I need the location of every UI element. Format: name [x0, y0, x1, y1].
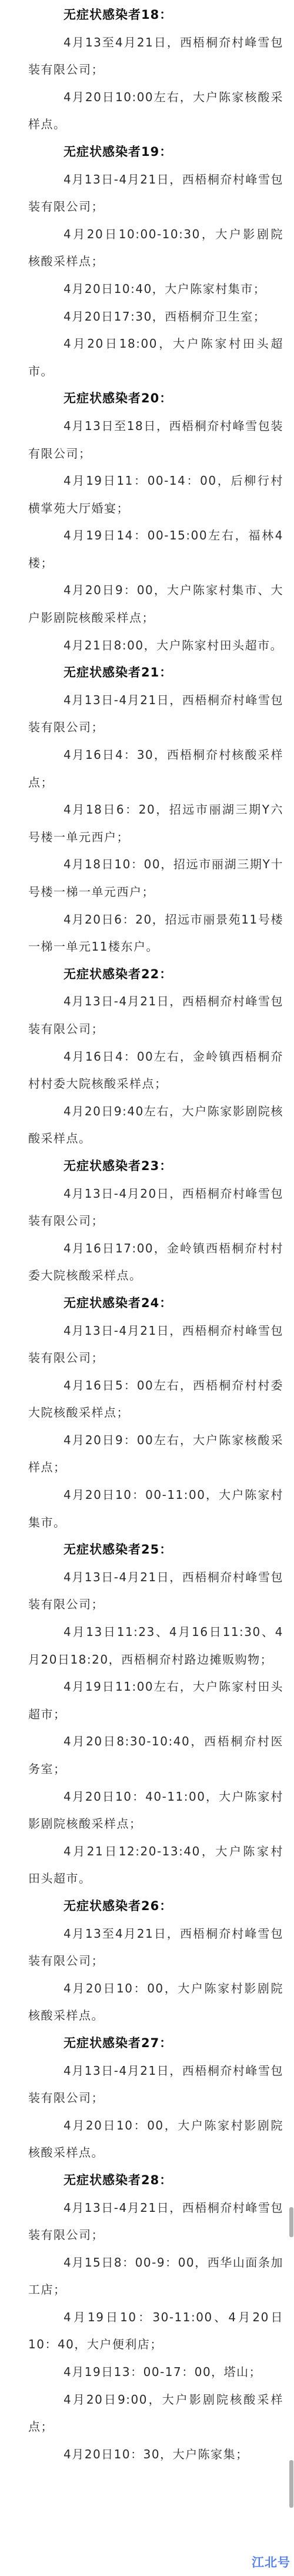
case-section: 无症状感染者24：4月13日-4月21日，西梧桐夼村峰雪包装有限公司；4月16日…: [28, 1289, 283, 1536]
trajectory-paragraph: 4月20日10：40-11:00，大户陈家村影剧院核酸采样点；: [28, 1783, 283, 1838]
trajectory-paragraph: 4月16日4：00左右，金岭镇西梧桐夼村村委大院核酸采样点；: [28, 1043, 283, 1098]
trajectory-paragraph: 4月20日9:00，大户影剧院核酸采样点；: [28, 2386, 283, 2441]
trajectory-paragraph: 4月21日12:20-13:40，大户陈家村田头超市。: [28, 1838, 283, 1892]
case-title: 无症状感染者24：: [28, 1289, 283, 1317]
trajectory-paragraph: 4月20日9：00左右，大户陈家核酸采样点；: [28, 1427, 283, 1481]
trajectory-paragraph: 4月20日10：30，大户陈家集；: [28, 2441, 283, 2468]
trajectory-paragraph: 4月13日-4月20日，西梧桐夼村峰雪包装有限公司；: [28, 1180, 283, 1235]
case-section: 无症状感染者20：4月13日至18日，西梧桐夼村峰雪包装有限公司；4月19日11…: [28, 385, 283, 659]
case-title: 无症状感染者28：: [28, 2167, 283, 2194]
case-title: 无症状感染者21：: [28, 659, 283, 687]
trajectory-paragraph: 4月16日4：30，西梧桐夼村核酸采样点；: [28, 741, 283, 796]
trajectory-paragraph: 4月13至4月21日，西梧桐夼村峰雪包装有限公司；: [28, 29, 283, 84]
article-page: { "page": { "background_color": "#ffffff…: [0, 0, 294, 2576]
case-section: 无症状感染者22：4月13日-4月21日，西梧桐夼村峰雪包装有限公司；4月16日…: [28, 961, 283, 1152]
case-section: 无症状感染者28：4月13日-4月21日，西梧桐夼村峰雪包装有限公司；4月15日…: [28, 2167, 283, 2468]
case-title: 无症状感染者22：: [28, 961, 283, 988]
case-section: 无症状感染者27：4月13日-4月21日，西梧桐夼村峰雪包装有限公司；4月20日…: [28, 2030, 283, 2167]
trajectory-paragraph: 4月19日14：00-15:00左右，福林4楼；: [28, 522, 283, 576]
case-title: 无症状感染者20：: [28, 385, 283, 412]
trajectory-paragraph: 4月19日10：30-11:00、4月20日10：40，大户便利店；: [28, 2304, 283, 2358]
case-trajectory-article: 无症状感染者18：4月13至4月21日，西梧桐夼村峰雪包装有限公司；4月20日1…: [0, 0, 294, 2468]
trajectory-paragraph: 4月20日6：20，招远市丽景苑11号楼一梯一单元11楼东户。: [28, 906, 283, 961]
trajectory-paragraph: 4月13至4月21日，西梧桐夼村峰雪包装有限公司；: [28, 1920, 283, 1975]
case-section: 无症状感染者26：4月13至4月21日，西梧桐夼村峰雪包装有限公司；4月20日1…: [28, 1892, 283, 2030]
scrollbar-thumb-upper[interactable]: [289, 2207, 293, 2237]
trajectory-paragraph: 4月20日10:40，大户陈家村集市；: [28, 275, 283, 303]
trajectory-paragraph: 4月13日-4月21日，西梧桐夼村峰雪包装有限公司；: [28, 2057, 283, 2112]
trajectory-paragraph: 4月20日10：00，大户陈家村影剧院核酸采样点。: [28, 2112, 283, 2167]
trajectory-paragraph: 4月13日-4月21日，西梧桐夼村峰雪包装有限公司；: [28, 1564, 283, 1618]
trajectory-paragraph: 4月19日11：00-14：00，后柳行村横掌苑大厅婚宴；: [28, 467, 283, 522]
trajectory-paragraph: 4月20日10:00左右，大户陈家核酸采样点。: [28, 84, 283, 138]
case-section: 无症状感染者19：4月13日-4月21日，西梧桐夼村峰雪包装有限公司；4月20日…: [28, 138, 283, 385]
trajectory-paragraph: 4月18日6：20，招远市丽湖三期Y六号楼一单元西户；: [28, 796, 283, 851]
trajectory-paragraph: 4月19日11:00左右，大户陈家村田头超市；: [28, 1673, 283, 1728]
case-title: 无症状感染者18：: [28, 1, 283, 29]
trajectory-paragraph: 4月18日10：00，招远市丽湖三期Y十号楼一梯一单元西户；: [28, 851, 283, 905]
trajectory-paragraph: 4月20日10：00，大户陈家村影剧院核酸采样点。: [28, 1975, 283, 2030]
trajectory-paragraph: 4月13日-4月21日，西梧桐夼村峰雪包装有限公司；: [28, 1317, 283, 1372]
jiangbeihao-watermark: 江北号: [252, 2553, 290, 2571]
trajectory-paragraph: 4月20日18:00，大户陈家村田头超市。: [28, 330, 283, 385]
case-section: 无症状感染者21：4月13日-4月21日，西梧桐夼村峰雪包装有限公司；4月16日…: [28, 659, 283, 961]
case-section: 无症状感染者25：4月13日-4月21日，西梧桐夼村峰雪包装有限公司；4月13日…: [28, 1536, 283, 1892]
case-title: 无症状感染者26：: [28, 1892, 283, 1920]
trajectory-paragraph: 4月13日11:23、4月16日11:30、4月20日18:20，西梧桐夼村路边…: [28, 1618, 283, 1673]
case-title: 无症状感染者23：: [28, 1152, 283, 1180]
trajectory-paragraph: 4月19日13：00-17：00，塔山；: [28, 2358, 283, 2386]
case-title: 无症状感染者27：: [28, 2030, 283, 2057]
trajectory-paragraph: 4月20日9:40左右，大户陈家影剧院核酸采样点。: [28, 1098, 283, 1152]
trajectory-paragraph: 4月20日9：00，大户陈家村集市、大户影剧院核酸采样点；: [28, 576, 283, 631]
trajectory-paragraph: 4月21日8:00，大户陈家村田头超市。: [28, 632, 283, 659]
trajectory-paragraph: 4月16日5：00左右，西梧桐夼村村委大院核酸采样点；: [28, 1372, 283, 1427]
trajectory-paragraph: 4月16日17:00，金岭镇西梧桐夼村村委大院核酸采样点。: [28, 1235, 283, 1289]
trajectory-paragraph: 4月20日10:00-10:30，大户影剧院核酸采样点；: [28, 221, 283, 275]
trajectory-paragraph: 4月13日-4月21日，西梧桐夼村峰雪包装有限公司；: [28, 988, 283, 1042]
trajectory-paragraph: 4月15日8：00-9：00，西华山面条加工店；: [28, 2249, 283, 2304]
trajectory-paragraph: 4月20日8:30-10:40，西梧桐夼村医务室；: [28, 1728, 283, 1782]
case-section: 无症状感染者18：4月13至4月21日，西梧桐夼村峰雪包装有限公司；4月20日1…: [28, 1, 283, 138]
case-title: 无症状感染者19：: [28, 138, 283, 166]
trajectory-paragraph: 4月13日-4月21日，西梧桐夼村峰雪包装有限公司；: [28, 166, 283, 221]
trajectory-paragraph: 4月20日10：00-11:00，大户陈家村集市。: [28, 1481, 283, 1536]
case-title: 无症状感染者25：: [28, 1536, 283, 1564]
scrollbar-thumb-lower[interactable]: [289, 2460, 293, 2508]
trajectory-paragraph: 4月13日至18日，西梧桐夼村峰雪包装有限公司；: [28, 412, 283, 467]
case-section: 无症状感染者23：4月13日-4月20日，西梧桐夼村峰雪包装有限公司；4月16日…: [28, 1152, 283, 1289]
trajectory-paragraph: 4月20日17:30，西梧桐夼卫生室；: [28, 303, 283, 331]
trajectory-paragraph: 4月13日-4月21日，西梧桐夼村峰雪包装有限公司；: [28, 687, 283, 741]
trajectory-paragraph: 4月13日-4月21日，西梧桐夼村峰雪包装有限公司；: [28, 2194, 283, 2249]
